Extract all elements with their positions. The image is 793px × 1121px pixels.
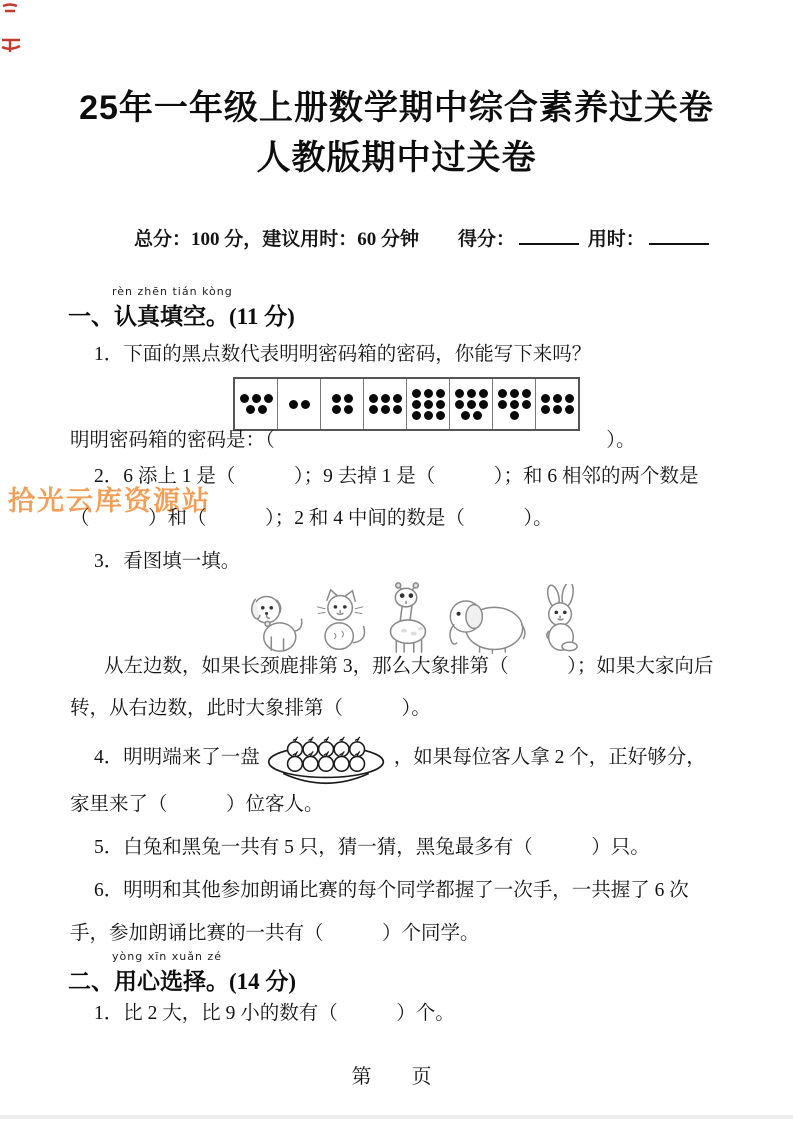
- apples-group: [287, 737, 364, 771]
- s1-q4-prefix: 4．明明端来了一盘: [94, 746, 260, 770]
- s1-q3-line1: 从左边数，如果长颈鹿排第 3，那么大象排第（ ）；如果大家向后: [104, 655, 713, 679]
- dot-cell: [493, 379, 536, 429]
- s2-q1-text: 1．比 2 大，比 9 小的数有（ ）个。: [94, 1002, 455, 1026]
- section1-pinyin: rèn zhēn tián kòng: [112, 285, 233, 298]
- score-label: 得分：: [458, 229, 515, 250]
- elephant-illustration: [442, 590, 530, 654]
- time-blank: [649, 228, 709, 245]
- red-stamp-fragment-1: [2, 2, 20, 16]
- page-number-footer: 第 页: [0, 1060, 793, 1089]
- dot-password-table: [233, 377, 580, 431]
- section2-pinyin: yòng xīn xuǎn zé: [112, 950, 222, 963]
- score-blank: [519, 228, 579, 245]
- page-title-line1: 25年一年级上册数学期中综合素养过关卷: [0, 80, 793, 129]
- s1-q4-line2: 家里来了（ ）位客人。: [70, 793, 324, 817]
- s1-q1-text: 1．下面的黑点数代表明明密码箱的密码，你能写下来吗？: [94, 343, 591, 367]
- total-score-info: 总分：100 分，建议用时：60 分钟: [134, 224, 419, 251]
- s1-q3-line2: 转，从右边数，此时大象排第（ ）。: [70, 697, 431, 721]
- s1-q2-line1: 2．6 添上 1 是（ ）；9 去掉 1 是（ ）；和 6 相邻的两个数是: [94, 465, 699, 489]
- giraffe-illustration: [376, 582, 438, 654]
- section2-heading: 二、用心选择。(14 分): [68, 963, 296, 996]
- dot-cell: [536, 379, 578, 429]
- animals-row: [244, 582, 588, 654]
- s1-q1-answer-line: 明明密码箱的密码是：（ ）。: [70, 429, 636, 453]
- rabbit-illustration: [534, 584, 588, 654]
- dot-cell: [278, 379, 321, 429]
- score-time-fields: 得分： 用时：: [458, 224, 713, 251]
- s1-q4-row: 4．明明端来了一盘 ，如果每位客人拿 2 个，正好够分，: [94, 724, 706, 792]
- s1-q4-suffix: ，如果每位客人拿 2 个，正好够分，: [394, 746, 706, 770]
- time-label: 用时：: [588, 229, 645, 250]
- page-bottom-edge: [0, 1115, 793, 1119]
- s1-q3-text: 3．看图填一填。: [94, 550, 240, 574]
- page-title-line2: 人教版期中过关卷: [0, 130, 793, 179]
- dot-cell: [321, 379, 364, 429]
- dot-cell: [235, 379, 278, 429]
- exam-page: 25年一年级上册数学期中综合素养过关卷 人教版期中过关卷 总分：100 分，建议…: [0, 0, 793, 1121]
- s1-q2-line2: （ ）和（ ）；2 和 4 中间的数是（ ）。: [70, 507, 553, 531]
- dot-cell: [450, 379, 493, 429]
- red-stamp-fragment-2: [0, 37, 24, 55]
- section1-heading: 一、认真填空。(11 分): [68, 298, 295, 331]
- s1-q6-line1: 6．明明和其他参加朗诵比赛的每个同学都握了一次手，一共握了 6 次: [94, 879, 689, 903]
- dog-illustration: [244, 588, 308, 654]
- s1-q5-text: 5．白兔和黑兔一共有 5 只，猜一猜，黑兔最多有（ ）只。: [94, 836, 650, 860]
- s1-q6-line2: 手，参加朗诵比赛的一共有（ ）个同学。: [70, 922, 480, 946]
- dot-cell: [407, 379, 450, 429]
- plate-of-apples-illustration: [264, 724, 390, 792]
- dot-cell: [364, 379, 407, 429]
- cat-illustration: [312, 588, 372, 654]
